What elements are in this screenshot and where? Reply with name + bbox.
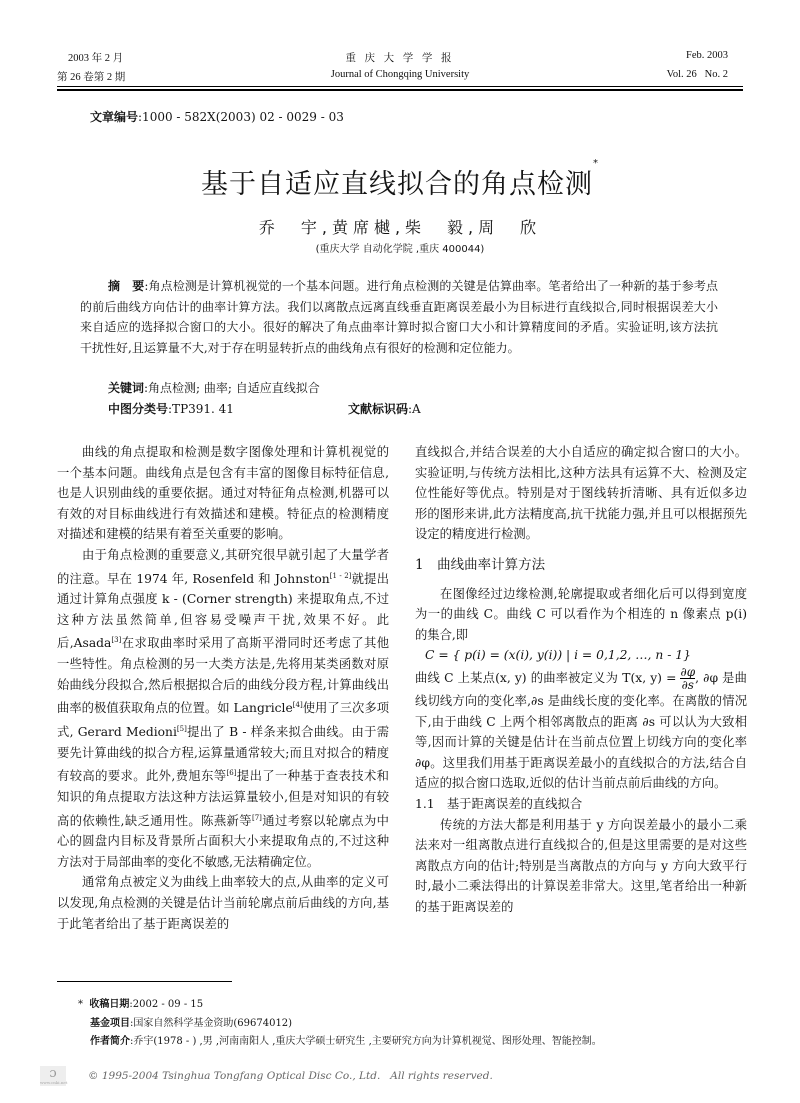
footnote-author-bio: 作者简介:乔宇(1978 - ) ,男 ,河南南阳人 ,重庆大学硕士研究生 ,主… (90, 1033, 602, 1050)
footnote-received: * 收稿日期:2002 - 09 - 15 (78, 996, 203, 1013)
paragraph-least-squares: 传统的方法大都是利用基于 y 方向误差最小的最小二乘法来对一组离散点进行直线拟合… (415, 815, 747, 918)
affiliation: (重庆大学 自动化学院 ,重庆 400044) (0, 240, 800, 255)
section-heading-1: 1 曲线曲率计算方法 (415, 555, 747, 576)
keywords-text: :角点检测; 曲率; 自适应直线拟合 (144, 381, 320, 395)
keywords: 关键词:角点检测; 曲率; 自适应直线拟合 (108, 379, 320, 396)
document-code-value: :A (408, 402, 421, 416)
author-bio-label: 作者简介 (90, 1036, 130, 1047)
fraction-dphi-ds: ∂φ∂s (680, 666, 695, 691)
article-number-label: 文章编号 (90, 110, 138, 124)
abstract-text: :角点检测是计算机视觉的一个基本问题。进行角点检测的关键是估算曲率。笔者给出了一… (80, 279, 718, 355)
paper-title-text: 基于自适应直线拟合的角点检测 (201, 169, 593, 200)
title-footnote-mark: * (593, 158, 599, 169)
paragraph-curve-definition: 在图像经过边缘检测,轮廓提取或者细化后可以得到宽度为一的曲线 C。曲线 C 可以… (415, 584, 747, 646)
body-column-right: 直线拟合,并结合误差的大小自适应的确定拟合窗口的大小。实验证明,与传统方法相比,… (415, 442, 747, 917)
fraction-denominator: ∂s (680, 679, 695, 691)
keywords-label: 关键词 (108, 381, 144, 395)
clc-value: :TP391. 41 (168, 402, 234, 416)
header-date-en: Feb. 2003 (686, 50, 728, 61)
body-column-left: 曲线的角点提取和检测是数字图像处理和计算机视觉的一个基本问题。曲线角点是包含有丰… (57, 442, 389, 934)
author-list: 乔 宇,黄席樾,柴 毅,周 欣 (0, 215, 800, 238)
fund-label: 基金项目 (90, 1018, 130, 1029)
fraction-numerator: ∂φ (680, 666, 695, 679)
clc-label: 中图分类号 (108, 402, 168, 416)
clc-number: 中图分类号:TP391. 41 (108, 400, 234, 417)
copyright-notice: © 1995-2004 Tsinghua Tongfang Optical Di… (88, 1070, 493, 1082)
cnki-logo-icon: ɔ www.cnki.net (40, 1066, 66, 1086)
received-label: 收稿日期 (89, 999, 129, 1010)
citation-5: [5] (177, 725, 187, 733)
abstract-label: 摘 要 (108, 279, 144, 293)
header-volume-en: Vol. 26 No. 2 (667, 69, 728, 80)
paragraph-intro: 曲线的角点提取和检测是数字图像处理和计算机视觉的一个基本问题。曲线角点是包含有丰… (57, 442, 389, 545)
header-rule-thick (57, 89, 743, 91)
document-code-label: 文献标识码 (348, 402, 408, 416)
citation-1-2: [1 - 2] (330, 572, 352, 580)
logo-text: www.cnki.net (40, 1081, 66, 1085)
header-rule-thin (57, 86, 743, 87)
citation-6: [6] (227, 769, 237, 777)
fund-value: :国家自然科学基金资助(69674012) (130, 1018, 292, 1029)
citation-7: [7] (252, 814, 262, 822)
journal-name-cn: 重 庆 大 学 学 报 (0, 50, 800, 65)
logo-glyph: ɔ (49, 1066, 56, 1081)
article-number-value: :1000 - 582X(2003) 02 - 0029 - 03 (138, 110, 344, 124)
paragraph-curvature: 曲线 C 上某点(x, y) 的曲率被定义为 T(x, y) = ∂φ∂s, ∂… (415, 666, 747, 794)
footnote-mark: * (78, 999, 83, 1010)
paragraph-continued: 直线拟合,并结合误差的大小自适应的确定拟合窗口的大小。实验证明,与传统方法相比,… (415, 442, 747, 545)
citation-3: [3] (111, 636, 121, 644)
footnote-separator (57, 981, 232, 982)
formula-curve-set: C = { p(i) = (x(i), y(i)) | i = 0,1,2, …… (415, 645, 747, 666)
article-number: 文章编号:1000 - 582X(2003) 02 - 0029 - 03 (90, 108, 344, 125)
section-heading-1-1: 1.1 基于距离误差的直线拟合 (415, 794, 747, 815)
citation-4: [4] (293, 701, 303, 709)
paper-title: 基于自适应直线拟合的角点检测* (0, 162, 800, 201)
abstract: 摘 要:角点检测是计算机视觉的一个基本问题。进行角点检测的关键是估算曲率。笔者给… (80, 276, 718, 358)
paragraph-related-work: 由于角点检测的重要意义,其研究很早就引起了大量学者的注意。早在 1974 年, … (57, 545, 389, 872)
document-code: 文献标识码:A (348, 400, 421, 417)
paragraph-motivation: 通常角点被定义为曲线上曲率较大的点,从曲率的定义可以发现,角点检测的关键是估计当… (57, 872, 389, 934)
received-value: :2002 - 09 - 15 (129, 999, 203, 1010)
text-run: 由于角点检测的重要意义,其研究很早就引起了大量学者的注意。早在 1974 年, … (57, 548, 389, 586)
footnote-fund: 基金项目:国家自然科学基金资助(69674012) (90, 1015, 292, 1032)
text-run: , ∂φ 是曲线切线方向的变化率,∂s 是曲线长度的变化率。在离散的情况下,由于… (415, 671, 747, 790)
text-run: 曲线 C 上某点(x, y) 的曲率被定义为 T(x, y) = (415, 671, 676, 685)
author-bio-value: :乔宇(1978 - ) ,男 ,河南南阳人 ,重庆大学硕士研究生 ,主要研究方… (130, 1036, 602, 1047)
